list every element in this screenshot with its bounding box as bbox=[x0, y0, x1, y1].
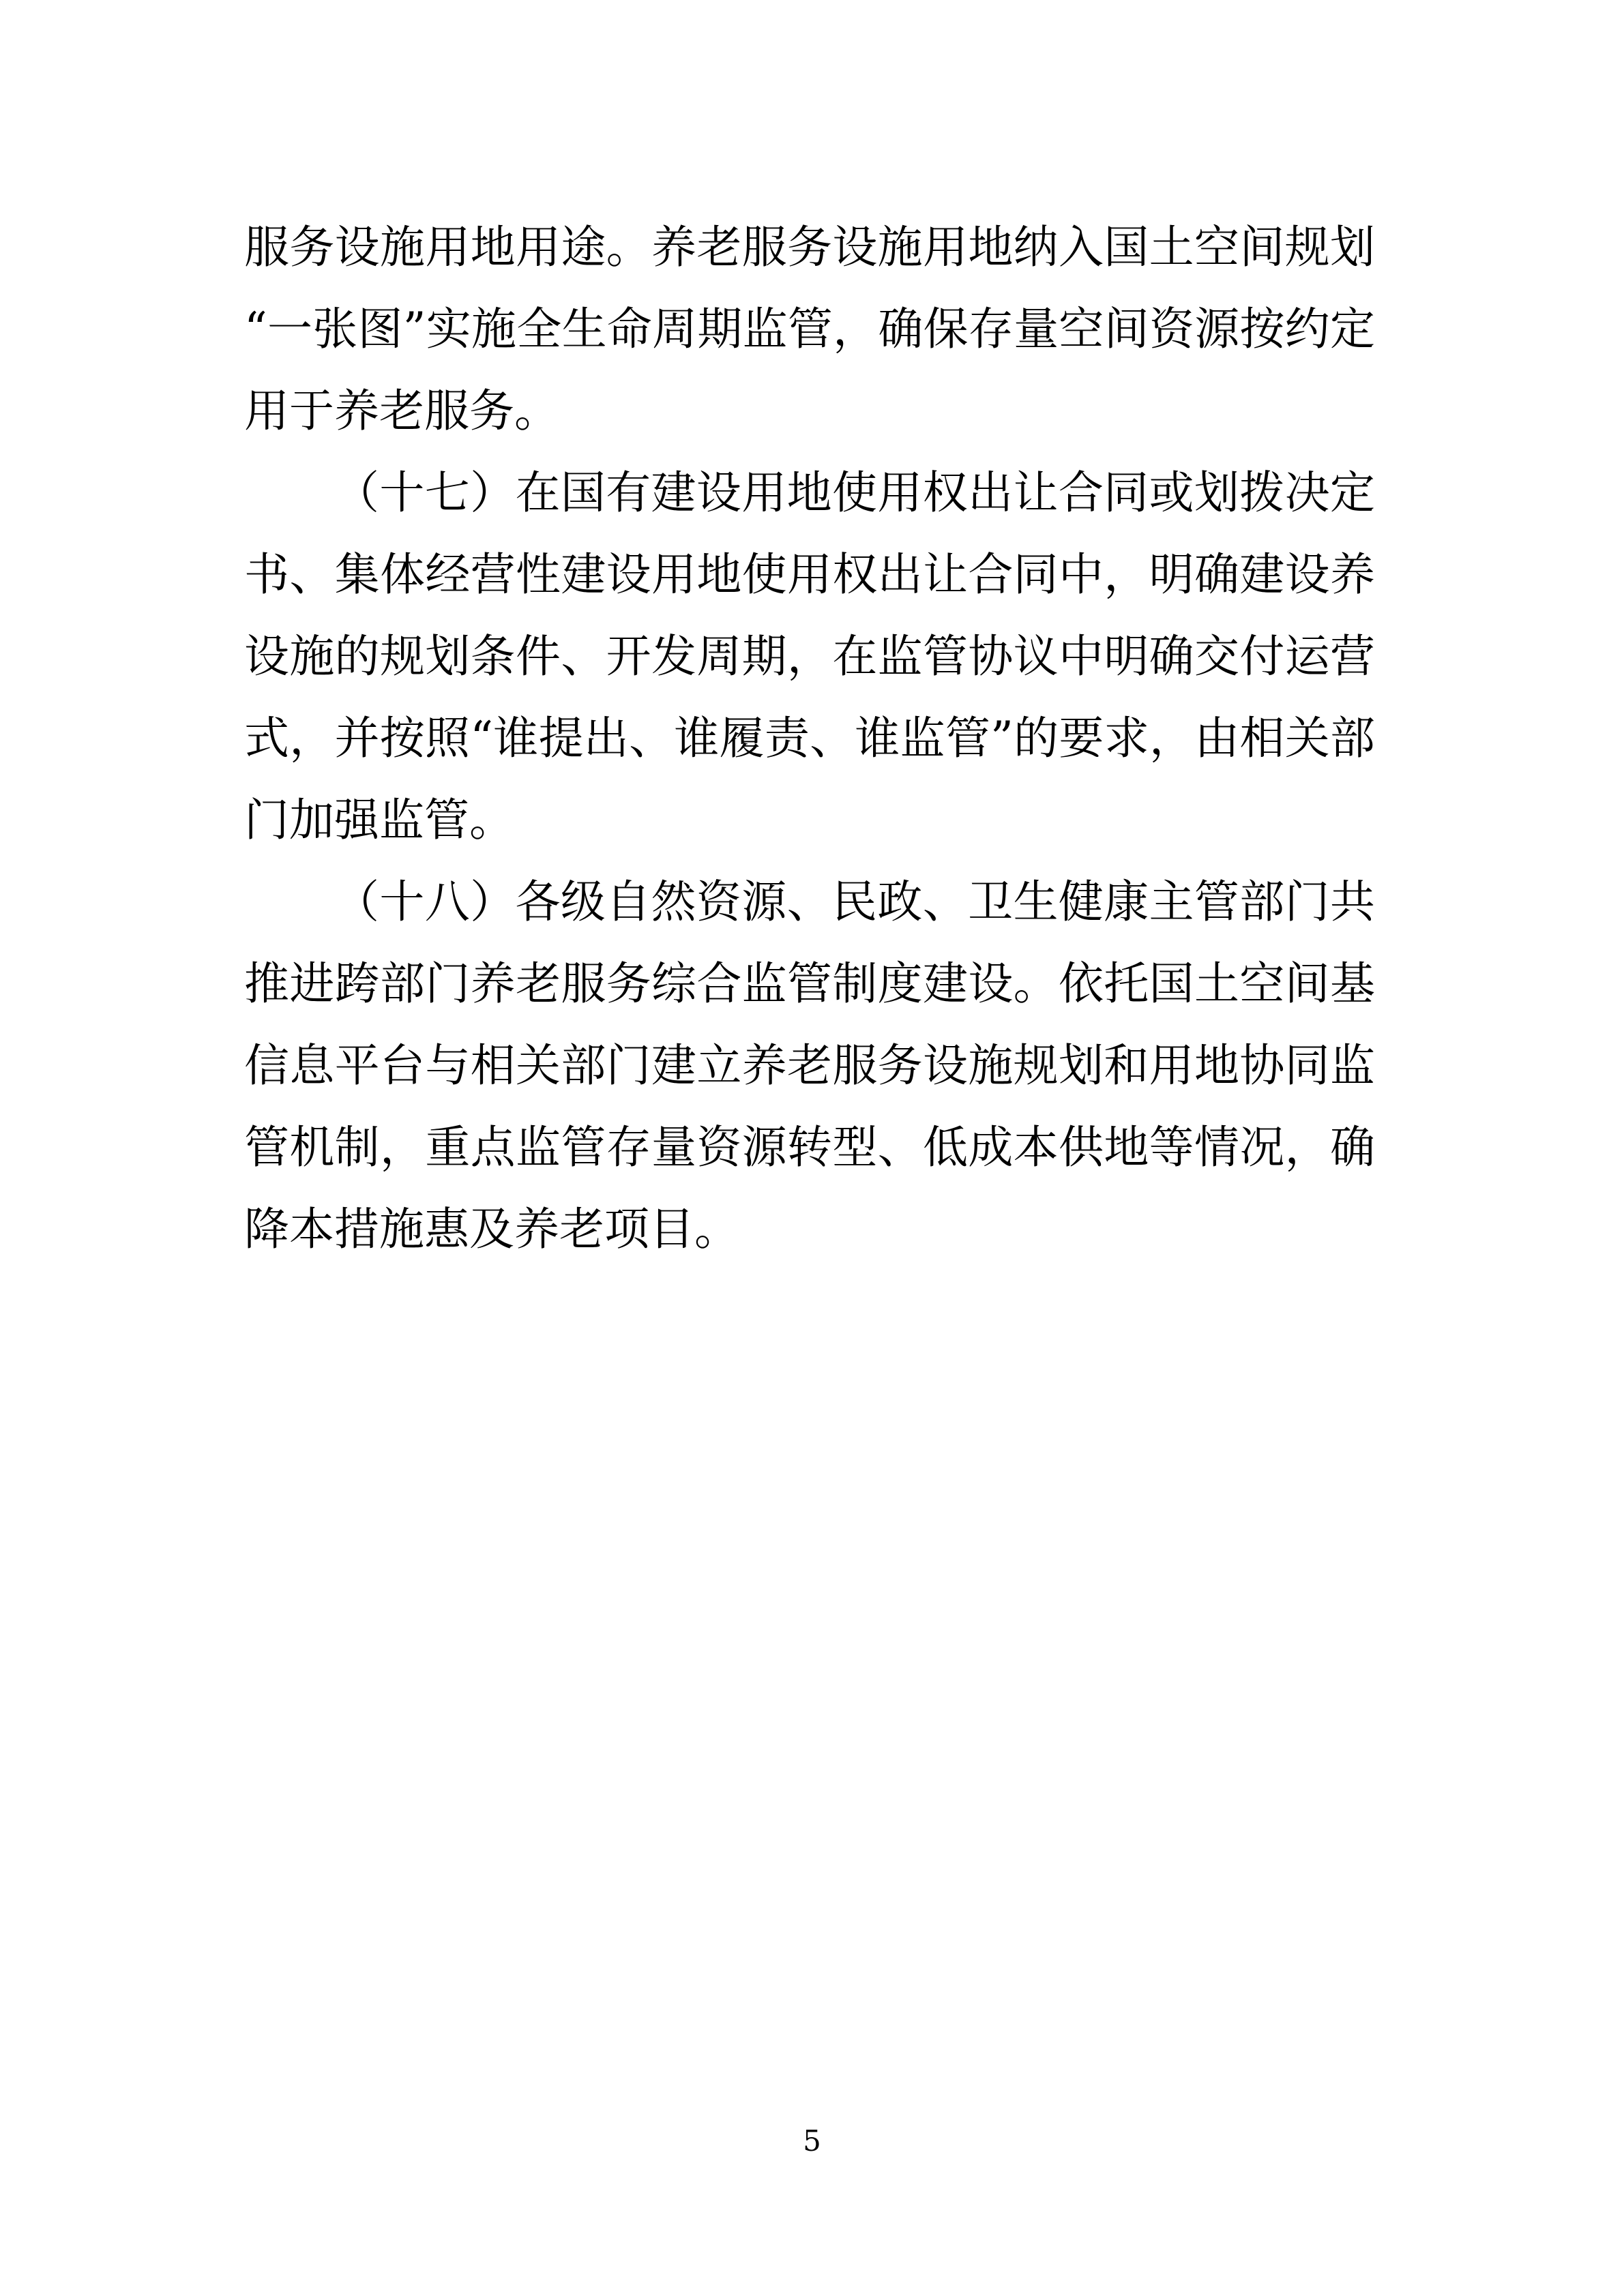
text-line: 门加强监管。 bbox=[244, 779, 1375, 861]
body-text: 服务设施用地用途。养老服务设施用地纳入国土空间规划 “一张图”实施全生命周期监管… bbox=[244, 207, 1375, 1270]
text-line: 服务设施用地用途。养老服务设施用地纳入国土空间规划 bbox=[244, 207, 1375, 288]
text-line: 管机制，重点监管存量资源转型、低成本供地等情况，确保 bbox=[244, 1107, 1375, 1189]
document-page: 服务设施用地用途。养老服务设施用地纳入国土空间规划 “一张图”实施全生命周期监管… bbox=[0, 0, 1624, 2296]
page-number: 5 bbox=[0, 2122, 1624, 2160]
text-line: 信息平台与相关部门建立养老服务设施规划和用地协同监 bbox=[244, 1025, 1375, 1107]
text-line: 式，并按照“谁提出、谁履责、谁监管”的要求，由相关部 bbox=[244, 698, 1375, 779]
text-line: 用于养老服务。 bbox=[244, 370, 1375, 452]
text-line: 设施的规划条件、开发周期，在监管协议中明确交付运营方 bbox=[244, 616, 1375, 698]
text-line: 降本措施惠及养老项目。 bbox=[244, 1189, 1375, 1270]
text-line: “一张图”实施全生命周期监管，确保存量空间资源按约定 bbox=[244, 288, 1375, 370]
text-line: 推进跨部门养老服务综合监管制度建设。依托国土空间基础 bbox=[244, 943, 1375, 1025]
text-line-section-17-start: （十七）在国有建设用地使用权出让合同或划拨决定 bbox=[244, 452, 1375, 534]
text-line-section-18-start: （十八）各级自然资源、民政、卫生健康主管部门共同 bbox=[244, 861, 1375, 943]
text-line: 书、集体经营性建设用地使用权出让合同中，明确建设养老 bbox=[244, 534, 1375, 616]
